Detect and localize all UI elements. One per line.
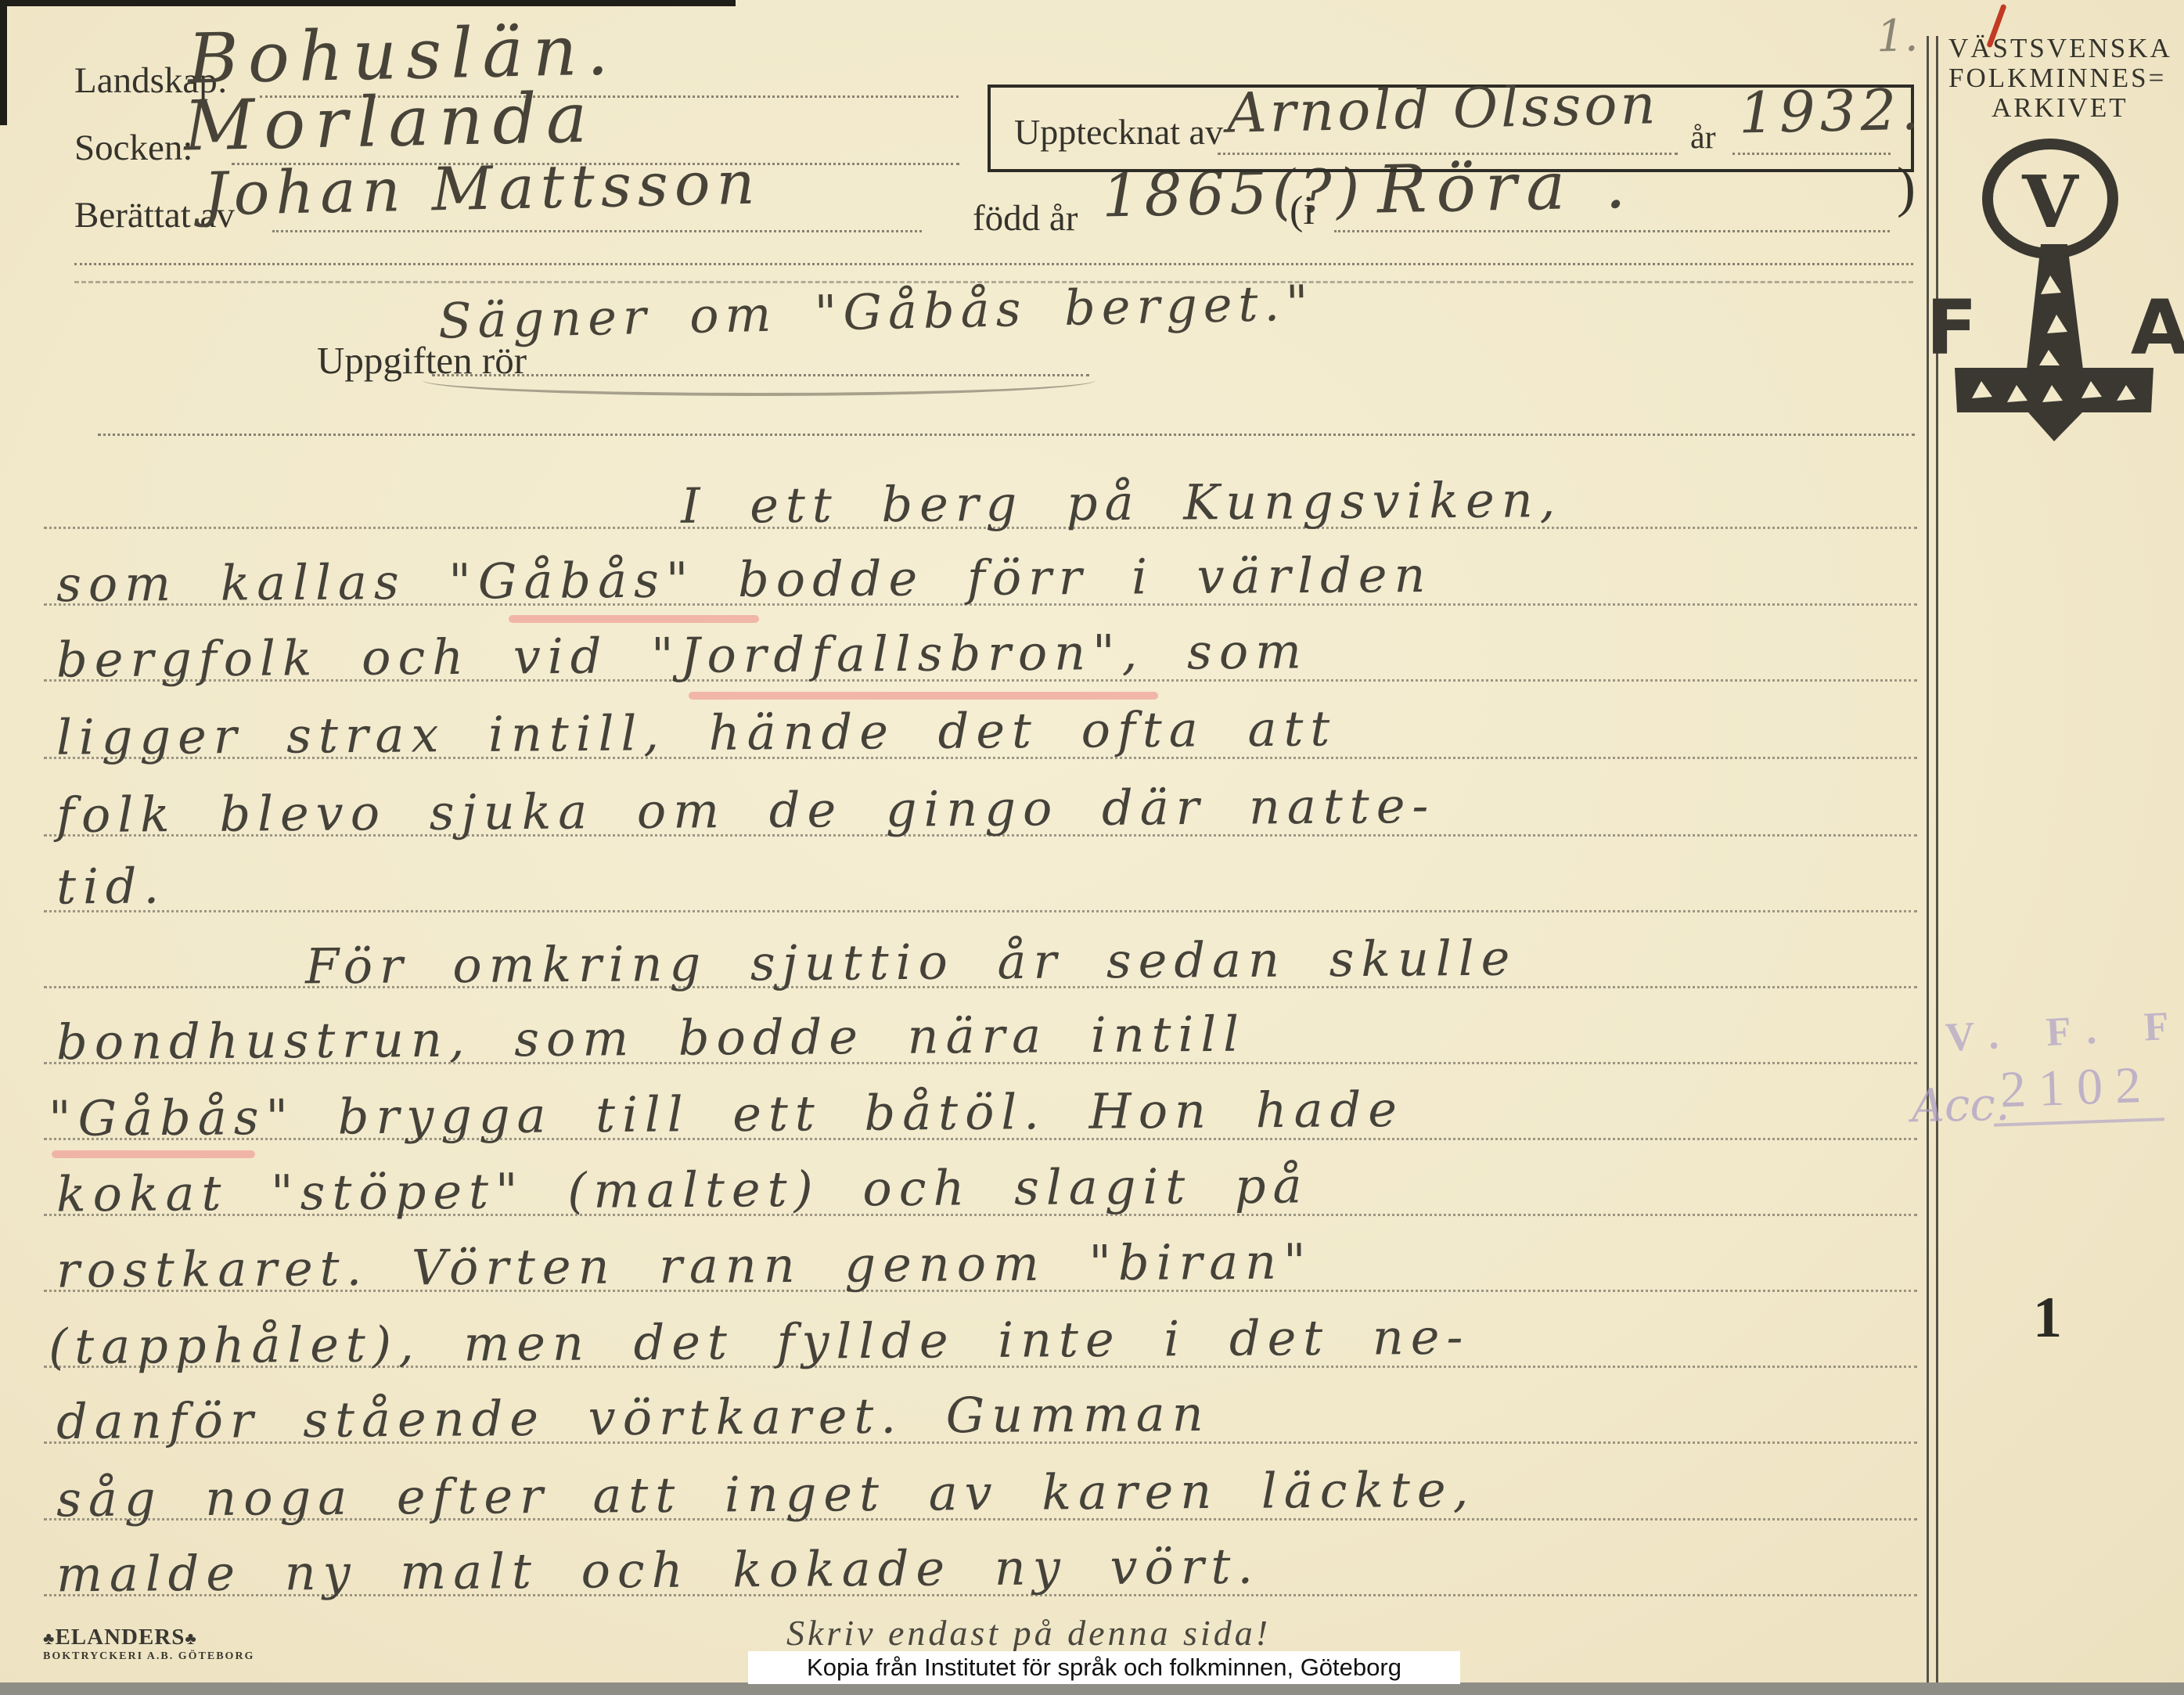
uppgift-value: Sägner om "Gåbås berget." (437, 274, 1315, 349)
ar-label: år (1690, 119, 1716, 157)
handwriting-line: såg noga efter att inget av karen läckte… (56, 1452, 1476, 1528)
printer-ornament-right: ♣ (185, 1628, 196, 1648)
handwriting-line: tid. (56, 849, 167, 916)
scan-edge-bottom (0, 1682, 2184, 1695)
uppgift-pencil-underline (423, 365, 1096, 396)
handwriting-line: (tapphålet), men det fyllde inte i det n… (49, 1300, 1470, 1376)
hammer-handle (2027, 244, 2083, 369)
logo-letter-f: F (1927, 284, 1977, 372)
scan-edge-left (0, 0, 7, 125)
stamp-vff: V. F. F. (1945, 1001, 2184, 1061)
pencil-page-note: 1. (1876, 10, 1919, 62)
handwriting-line: kokat "stöpet" (maltet) och slagit på (56, 1148, 1309, 1222)
hammer-head (1955, 368, 2153, 441)
extra-rule-1 (74, 263, 1913, 265)
fodd-rule (1334, 230, 1890, 232)
printer-ornament-left: ♣ (43, 1628, 55, 1648)
archive-name-line2: FOLKMINNES= (1948, 63, 2166, 94)
logo-letter-v: V (2021, 160, 2079, 244)
stamp-number: 2102 (1999, 1056, 2155, 1121)
fodd-i-label: (i (1290, 188, 1315, 234)
printer-mark: ♣ELANDERS♣ BOKTRYCKERI A.B. GÖTEBORG (43, 1625, 254, 1663)
ar-value: 1932. (1738, 77, 1924, 146)
upptecknat-rule (1218, 153, 1678, 155)
handwriting-line: folk blevo sjuka om de gingo där natte- (56, 768, 1436, 844)
digital-caption: Kopia från Institutet för språk och folk… (807, 1654, 1401, 1682)
logo-letter-a: A (2131, 284, 2184, 372)
printer-sub: BOKTRYCKERI A.B. GÖTEBORG (43, 1650, 254, 1663)
digital-caption-strip: Kopia från Institutet för språk och folk… (748, 1651, 1460, 1684)
archive-name-line3: ARKIVET (1992, 92, 2128, 124)
page-number: 1 (2033, 1285, 2062, 1351)
handwriting-line: bergfolk och vid "Jordfallsbron", som (56, 614, 1308, 688)
ar-rule (1732, 153, 1891, 155)
handwriting-line: malde ny malt och kokade ny vört. (56, 1529, 1261, 1603)
vfa-thors-hammer-logo-icon: V F A (1927, 127, 2184, 463)
fodd-label: född år (973, 197, 1078, 239)
handwriting-line: danför stående vörtkaret. Gumman (56, 1377, 1211, 1450)
berattat-value: Johan Mattsson (203, 148, 761, 229)
extra-rule-3 (98, 434, 1915, 436)
archive-record-card: Landskap: Bohuslän. Socken: Morlanda Ber… (0, 0, 2184, 1695)
handwriting-line: bondhustrun, som bodde nära intill (56, 997, 1247, 1071)
berattat-rule (272, 230, 922, 232)
scan-edge-top (0, 0, 736, 6)
handwriting-line: I ett berg på Kungsviken, (681, 462, 1563, 534)
archive-name-line1: VÄSTSVENSKA (1948, 33, 2172, 64)
upptecknat-label: Upptecknat av (1014, 111, 1223, 153)
handwriting-line: som kallas "Gåbås" bodde förr i världen (56, 538, 1433, 613)
printer-name: ELANDERS (55, 1625, 185, 1650)
ruled-line (44, 910, 1917, 912)
handwriting-line: ligger strax intill, hände det ofta att (56, 691, 1337, 765)
handwriting-line: "Gåbås" brygga till ett båtöl. Hon hade (49, 1072, 1404, 1147)
socken-label: Socken: (74, 127, 192, 169)
handwriting-line: För omkring sjuttio år sedan skulle (305, 921, 1517, 995)
form-instruction: Skriv endast på denna sida! (786, 1612, 1271, 1654)
handwriting-line: rostkaret. Vörten rann genom "biran" (56, 1224, 1313, 1298)
upptecknat-value: Arnold Olsson (1226, 72, 1659, 146)
